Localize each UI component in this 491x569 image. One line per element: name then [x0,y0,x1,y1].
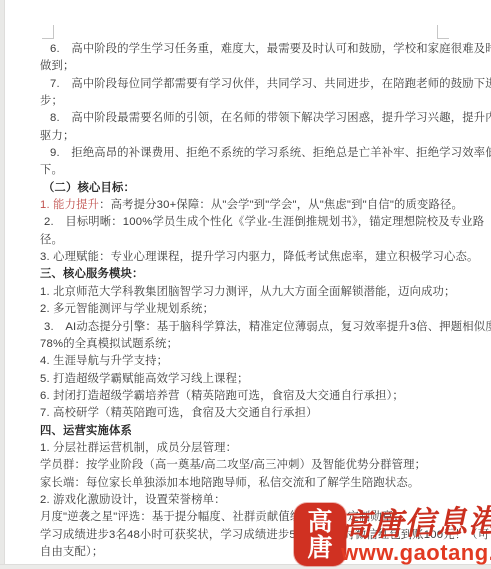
doc-line: 自由支配）； [40,544,480,561]
document-body: 6. 高中阶段的学生学习任务重，难度大，最需要及时认可和鼓励，学校和家庭很难及时… [40,41,480,561]
doc-line: 家长端：每位家长单独添加本地陪跑导师，私信交流和了解学生陪跑状态。 [40,475,480,492]
text-run: 3. 心理赋能：专业心理课程，提升学习内驱力，降低考试焦虑率，建立积极学习心态。 [40,251,479,263]
text-run: 月度"逆袭之星"评选：基于提分幅度、社群贡献值综合排名，定制勋章； [40,511,405,523]
text-run: （二）核心目标： [43,182,135,194]
doc-line: 2. 多元智能测评与学业规划系统； [40,301,480,318]
doc-line: 7. 高校研学（精英陪跑可选，食宿及大交通自行承担） [40,405,480,422]
text-run: 7. 高中阶段每位同学都需要有学习伙伴，共同学习、共同进步，在陪跑老师的鼓励下进 [50,78,491,90]
doc-line: 4. 生涯导航与升学支持； [40,353,480,370]
doc-line: 1. 北京师范大学科教集团脑智学习力测评，从九大方面全面解锁潜能，迈向成功； [40,284,480,301]
doc-line: 3. AI动态提分引擎：基于脑科学算法，精准定位薄弱点，复习效率提升3倍、押题相… [40,319,480,336]
doc-line: 月度"逆袭之星"评选：基于提分幅度、社群贡献值综合排名，定制勋章； [40,509,480,526]
page-left-edge [0,0,5,569]
text-run: 1. 分层社群运营机制，成员分层管理： [40,442,237,454]
text-run: 78%的全真模拟试题系统； [40,338,178,350]
text-run: 6. 封闭打造超级学霸培养营（精英陪跑可选，食宿及大交通自行承担）； [40,390,404,402]
text-run: 驱力； [40,130,75,142]
doc-line: （二）核心目标： [40,180,480,197]
text-run: 1. 北京师范大学科教集团脑智学习力测评，从九大方面全面解锁潜能，迈向成功； [40,286,456,298]
text-run: 三、核心服务模块： [40,268,143,280]
doc-line: 做到； [40,58,480,75]
text-run: 2. 多元智能测评与学业规划系统； [40,303,214,315]
doc-line: 学员群：按学业阶段（高一奠基/高二攻坚/高三冲刺）及智能优势分群管理； [40,457,480,474]
text-run: 3. AI动态提分引擎：基于脑科学算法，精准定位薄弱点，复习效率提升3倍、押题相… [44,321,491,333]
text-run: 径。 [40,234,63,246]
doc-line: 径。 [40,232,480,249]
text-run: 4. 生涯导航与升学支持； [40,355,168,367]
text-run: 四、运营实施体系 [40,425,132,437]
doc-line: 7. 高中阶段每位同学都需要有学习伙伴，共同学习、共同进步，在陪跑老师的鼓励下进 [40,76,480,93]
doc-line: 6. 封闭打造超级学霸培养营（精英陪跑可选，食宿及大交通自行承担）； [40,388,480,405]
doc-line: 四、运营实施体系 [40,423,480,440]
page-bottom-edge [0,564,491,569]
doc-line: 2. 目标明晰：100%学员生成个性化《学业-生涯倒推规划书》，锚定理想院校及专… [40,214,480,231]
text-run: 自由支配）； [40,546,103,558]
doc-line: 下。 [40,162,480,179]
doc-line: 步； [40,93,480,110]
text-run: 2. 游戏化激励设计，设置荣誉榜单： [40,494,226,506]
text-run: 5. 打造超级学霸赋能高效学习线上课程； [40,373,249,385]
text-run: 7. 高校研学（精英陪跑可选，食宿及大交通自行承担） [40,407,318,419]
margin-corner-mark-left [42,25,54,39]
margin-corner-mark-right [437,25,449,39]
text-run: 2. 目标明晰：100%学员生成个性化《学业-生涯倒推规划书》，锚定理想院校及专… [44,216,484,228]
text-run: 9. 拒绝高昂的补课费用、拒绝不系统的学习系统、拒绝总是亡羊补牢、拒绝学习效率低 [50,147,491,159]
text-run: 8. 高中阶段最需要名师的引领，在名师的带领下解决学习困惑，提升学习兴趣，提升内 [50,112,491,124]
text-run: 步； [40,95,63,107]
highlight-text: 1. 能力提升 [40,199,99,211]
doc-line: 8. 高中阶段最需要名师的引领，在名师的带领下解决学习困惑，提升学习兴趣，提升内 [40,110,480,127]
doc-line: 3. 心理赋能：专业心理课程，提升学习内驱力，降低考试焦虑率，建立积极学习心态。 [40,249,480,266]
doc-line: 学习成绩进步3名48小时可获奖状，学习成绩进步5名，48小时微信红包到账100元… [40,527,480,544]
doc-line: 驱力； [40,128,480,145]
doc-line: 6. 高中阶段的学生学习任务重，难度大，最需要及时认可和鼓励，学校和家庭很难及时 [40,41,480,58]
doc-line: 1. 能力提升：高考提分30+保障：从"会学"到"学会"，从"焦虑"到"自信"的… [40,197,480,214]
text-run: 下。 [40,164,63,176]
text-run: 做到； [40,60,75,72]
text-run: 学员群：按学业阶段（高一奠基/高二攻坚/高三冲刺）及智能优势分群管理； [40,459,426,471]
text-run: ：高考提分30+保障：从"会学"到"学会"，从"焦虑"到"自信"的质变路径。 [99,199,463,211]
document-viewer: { "colors": { "highlight_red": "#c0504d"… [0,0,491,569]
text-run: 学习成绩进步3名48小时可获奖状，学习成绩进步5名，48小时微信红包到账100元… [40,529,489,541]
text-run: 家长端：每位家长单独添加本地陪跑导师，私信交流和了解学生陪跑状态。 [40,477,419,489]
doc-line: 1. 分层社群运营机制，成员分层管理： [40,440,480,457]
doc-line: 78%的全真模拟试题系统； [40,336,480,353]
doc-line: 三、核心服务模块： [40,266,480,283]
doc-line: 2. 游戏化激励设计，设置荣誉榜单： [40,492,480,509]
doc-line: 9. 拒绝高昂的补课费用、拒绝不系统的学习系统、拒绝总是亡羊补牢、拒绝学习效率低 [40,145,480,162]
text-run: 6. 高中阶段的学生学习任务重，难度大，最需要及时认可和鼓励，学校和家庭很难及时 [50,43,491,55]
doc-line: 5. 打造超级学霸赋能高效学习线上课程； [40,371,480,388]
